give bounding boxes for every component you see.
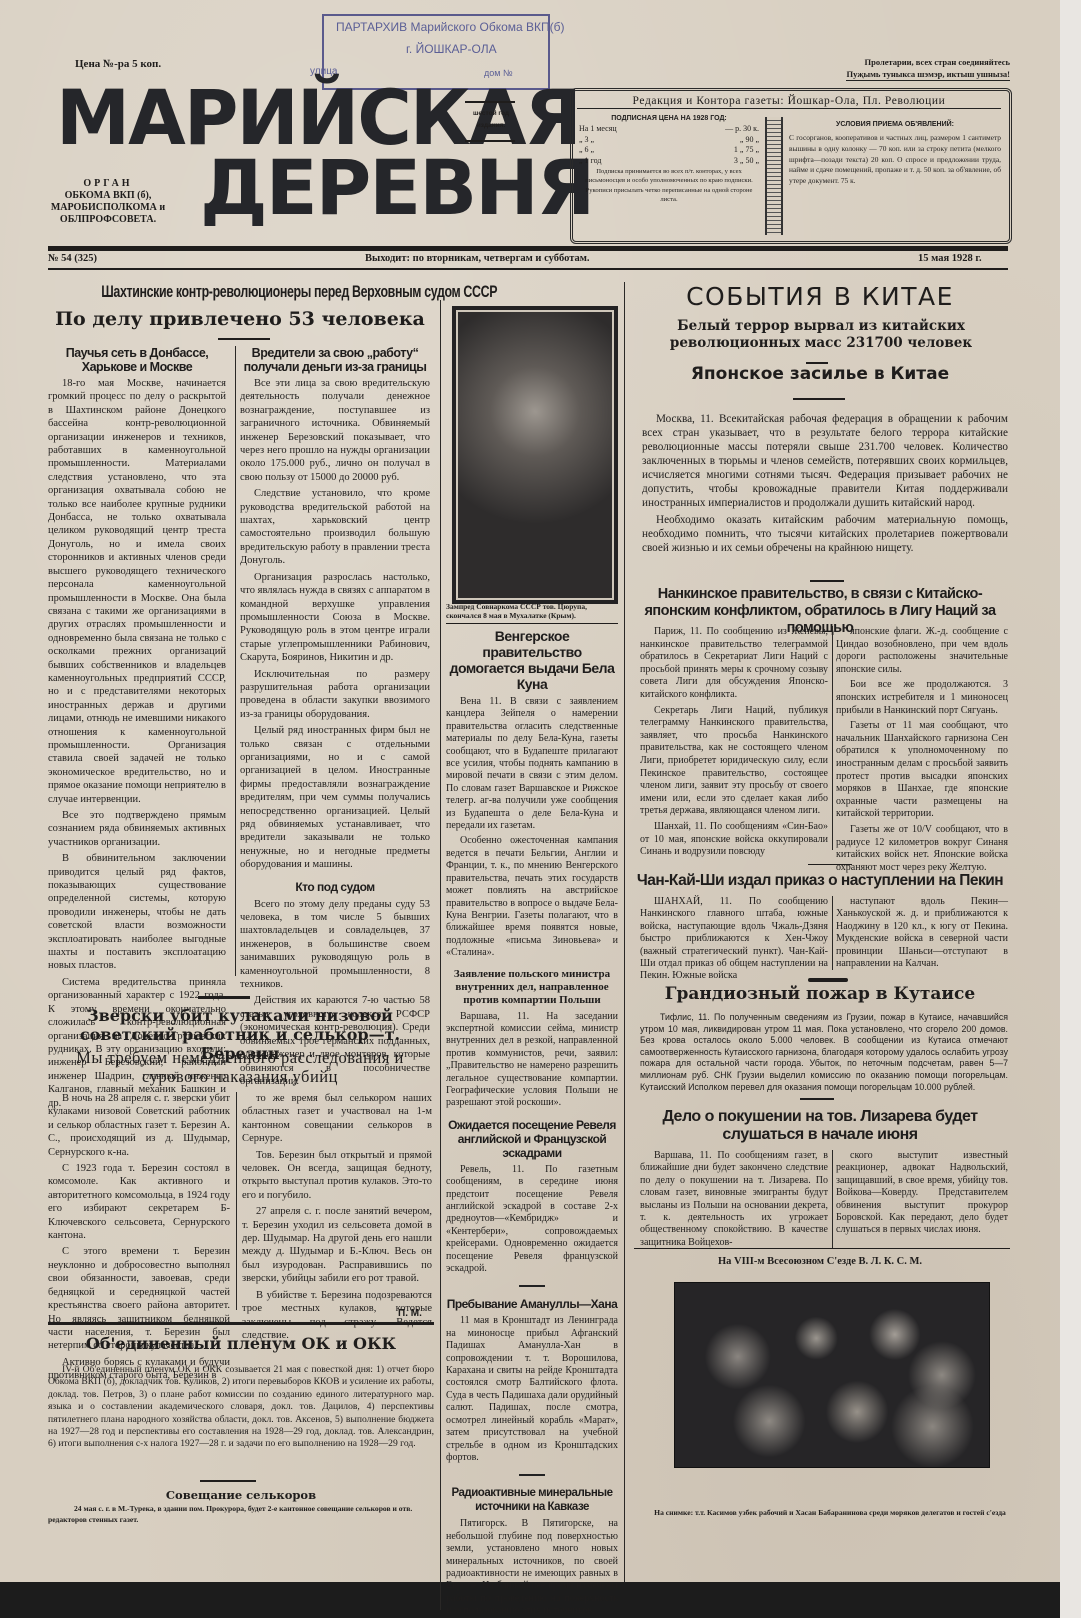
column-divider (832, 626, 833, 850)
paragraph: Организация разрослась настолько, что яв… (240, 571, 430, 665)
article-title: Ожидается посещение Ревеля английской и … (446, 1118, 618, 1160)
article-body: 11 мая в Кронштадт из Ленинграда на мино… (446, 1315, 618, 1464)
divider (519, 1285, 545, 1287)
paragraph: Всего по этому делу преданы суду 53 чело… (240, 898, 430, 992)
period: „ 6 „ (579, 145, 594, 156)
article-body: Все эти лица за свою вредительскую деяте… (240, 377, 430, 872)
chiang-column-1: ШАНХАЙ, 11. По сообщению Нанкинского гла… (640, 896, 828, 986)
china-headline: СОБЫТИЯ В КИТАЕ (630, 282, 1010, 311)
berezin-subhead: Мы требуем немедленного расследования и … (48, 1048, 432, 1086)
paragraph: В ночь на 28 апреля с. г. зверски убит к… (48, 1092, 230, 1159)
congress-headline: На VIII-м Всесоюзном С'езде В. Л. К. С. … (630, 1256, 1010, 1267)
price: — р. 30 к. (725, 124, 759, 135)
paragraph: Необходимо оказать китайским рабочим мат… (642, 513, 1008, 555)
ads-text: С госорганов, кооперативов и частных лиц… (789, 133, 1001, 187)
paragraph: наступают вдоль Пекин—Ханькоуской ж. д. … (836, 896, 1008, 970)
divider (48, 1322, 434, 1325)
divider (519, 1474, 545, 1476)
subscription-row: „ 3 „„ 90 „ (579, 135, 759, 146)
ads-block: УСЛОВИЯ ПРИЕМА ОБ'ЯВЛЕНИЙ: С госорганов,… (789, 121, 1001, 187)
article-title: Паучья сеть в Донбассе, Харькове и Москв… (48, 346, 226, 374)
page-edge (1060, 0, 1081, 1618)
shakhty-subhead: По делу привлечено 53 человека (50, 308, 430, 330)
nanking-column-1: Париж, 11. По сообщению из Женевы, нанки… (640, 626, 828, 862)
article-body: Варшава, 11. На заседании экспертной ком… (446, 1011, 618, 1110)
ornament-column (765, 117, 783, 235)
price-label: Цена №-ра 5 коп. (75, 58, 161, 70)
portrait-photo (452, 306, 618, 604)
divider (808, 978, 848, 982)
paragraph: 18-го мая Москве, начинается громкий про… (48, 377, 226, 806)
organ-line: ОБЛПРОФСОВЕТА. (44, 214, 172, 226)
hungary-article: Венгерское правительство домогается выда… (446, 628, 618, 1618)
paragraph: 11 мая в Кронштадт из Ленинграда на мино… (446, 1315, 618, 1464)
paragraph: Секретарь Лиги Наций, публикуя телеграмм… (640, 705, 828, 818)
subscription-row: На 1 месяц— р. 30 к. (579, 124, 759, 135)
year-note: шестой год издания. (463, 108, 519, 132)
chiang-headline: Чан-Кай-Ши издал приказ о наступлении на… (630, 872, 1010, 890)
delegates-caption: На снимке: т.т. Касимов узбек рабочий и … (630, 1508, 1030, 1518)
plenum-headline: Об'единенный пленум ОК и ОКК (48, 1334, 434, 1353)
paragraph: Бои все же продолжаются. 3 японских истр… (836, 679, 1008, 717)
subscription-note: Подписка принимается во всех п/т. контор… (579, 167, 759, 205)
price: „ 90 „ (740, 135, 759, 146)
divider (465, 101, 515, 103)
stamp-line-2: г. ЙОШКАР-ОЛА (406, 42, 497, 56)
column-divider (235, 346, 236, 976)
paragraph: Исключительная по размеру разрушительная… (240, 668, 430, 722)
article-body: Пятигорск. В Пятигорске, на небольшой гл… (446, 1518, 618, 1617)
issue-date: 15 мая 1928 г. (918, 253, 982, 264)
lizarev-headline: Дело о покушении на тов. Лизарева будет … (630, 1108, 1010, 1144)
column-divider (236, 1092, 237, 1310)
china-subhead-2: Японское засилье в Китае (630, 364, 1010, 384)
price: 1 „ 75 „ (734, 145, 759, 156)
paragraph: Ревель, 11. По газетным сообщениям, в се… (446, 1164, 618, 1276)
article-title: Радиоактивные минеральные источники на К… (446, 1486, 618, 1514)
organ-line: МАРОБИСПОЛКОМА и (44, 202, 172, 214)
office-address: Редакция и Контора газеты: Йошкар-Ола, П… (577, 95, 1001, 109)
paragraph: ского выступит известный реакционер, адв… (836, 1150, 1008, 1237)
selkor-meeting-body: 24 мая с. г. в М.-Турека, в здании пом. … (48, 1504, 434, 1525)
paragraph: Особенно ожесточенная кампания ведется в… (446, 835, 618, 959)
lizarev-column-1: Варшава, 11. По сообщениям газет, в ближ… (640, 1150, 828, 1252)
paragraph: Все эти лица за свою вредительскую деяте… (240, 377, 430, 484)
subscription-row: „ 1 год3 „ 50 „ (579, 156, 759, 167)
divider (218, 338, 270, 340)
paragraph: Тов. Березин был открытый и прямой челов… (242, 1149, 432, 1203)
kutais-headline: Грандиозный пожар в Кутаисе (630, 984, 1010, 1004)
shakhty-column-2: Вредители за свою „работу“ получали день… (240, 346, 430, 1091)
paragraph: то же время был селькором наших областны… (242, 1092, 432, 1146)
nanking-column-2: японские флаги. Ж.-д. сообщение с Циндао… (836, 626, 1008, 877)
slogan: Пролетарии, всех стран соединяйтесь Пуҗы… (760, 56, 1010, 81)
divider (48, 268, 1008, 270)
china-body: Москва, 11. Всекитайская рабочая федерац… (642, 412, 1008, 558)
kutais-body: Тифлис, 11. По полученным сведениям из Г… (640, 1012, 1008, 1093)
stamp-line-1: ПАРТАРХИВ Марийского Обкома ВКП(б) (336, 20, 565, 34)
paragraph: В обвинительном заключении приводится це… (48, 852, 226, 973)
article-title: Заявление польского министра внутренних … (446, 968, 618, 1007)
paragraph: Газеты от 11 мая сообщают, что начальник… (836, 720, 1008, 821)
chiang-column-2: наступают вдоль Пекин—Ханькоуской ж. д. … (836, 896, 1008, 973)
photo-caption: Зампред Совнаркома СССР тов. Цюрупа, ско… (446, 602, 618, 620)
divider (446, 623, 618, 624)
paragraph: Варшава, 11. На заседании экспертной ком… (446, 1011, 618, 1110)
organ-block: ОРГАН ОБКОМА ВКП (б), МАРОБИСПОЛКОМА и О… (44, 178, 172, 226)
delegates-photo (674, 1282, 990, 1468)
plenum-body: IV-й Об'единенный пленум ОК и ОКК созыва… (48, 1364, 434, 1451)
ads-title: УСЛОВИЯ ПРИЕМА ОБ'ЯВЛЕНИЙ: (789, 121, 1001, 128)
period: „ 3 „ (579, 135, 594, 146)
paragraph: ШАНХАЙ, 11. По сообщению Нанкинского гла… (640, 896, 828, 983)
publication-schedule: Выходит: по вторникам, четвергам и суббо… (365, 253, 590, 264)
column-divider (440, 300, 441, 1610)
divider (808, 864, 852, 865)
slogan-mari: Пуҗымь туныкса шэмэр, иктыш ушныза! (846, 68, 1010, 81)
paragraph: Париж, 11. По сообщению из Женевы, нанки… (640, 626, 828, 702)
china-subhead: Белый террор вырвал из китайских революц… (646, 318, 996, 352)
divider (198, 996, 250, 999)
article-body: Ревель, 11. По газетным сообщениям, в се… (446, 1164, 618, 1276)
info-box: Редакция и Контора газеты: Йошкар-Ола, П… (570, 88, 1012, 244)
issue-number: № 54 (325) (48, 253, 97, 264)
article-title: Пребывание Амануллы—Хана (446, 1297, 618, 1311)
article-body: Вена 11. В связи с заявлением канцлера З… (446, 696, 618, 960)
signature: П. М. (398, 1308, 422, 1319)
masthead-title-line-2: ДЕРЕВНЯ (200, 148, 593, 228)
subscription-row: „ 6 „1 „ 75 „ (579, 145, 759, 156)
who-title: Кто под судом (240, 880, 430, 894)
divider (810, 580, 844, 582)
subscription-table: На 1 месяц— р. 30 к. „ 3 „„ 90 „ „ 6 „1 … (579, 124, 759, 166)
column-divider (624, 282, 625, 1582)
paragraph: С 1923 года т. Березин состоял в комсомо… (48, 1162, 230, 1242)
lizarev-column-2: ского выступит известный реакционер, адв… (836, 1150, 1008, 1240)
paragraph: Следствие установило, что кроме руководс… (240, 487, 430, 567)
organ-line: ОРГАН (44, 178, 172, 190)
paragraph: Пятигорск. В Пятигорске, на небольшой гл… (446, 1518, 618, 1617)
divider (634, 1248, 1010, 1249)
column-divider (832, 896, 833, 970)
selkor-meeting-headline: Совещание селькоров (48, 1488, 434, 1502)
divider (465, 140, 515, 142)
organ-line: ОБКОМА ВКП (б), (44, 190, 172, 202)
subscription-title: ПОДПИСНАЯ ЦЕНА НА 1928 ГОД: (579, 115, 759, 122)
divider (800, 1098, 834, 1100)
paragraph: японские флаги. Ж.-д. сообщение с Циндао… (836, 626, 1008, 676)
paragraph: Все это подтверждено прямым сознанием ря… (48, 809, 226, 849)
paragraph: Газеты же от 10/V сообщают, что в радиус… (836, 824, 1008, 874)
shakhty-headline: Шахтинские контр-революционеры перед Вер… (101, 282, 378, 302)
slogan-russian: Пролетарии, всех стран соединяйтесь (760, 56, 1010, 68)
paragraph: Вена 11. В связи с заявлением канцлера З… (446, 696, 618, 832)
article-title: Вредители за свою „работу“ получали день… (240, 346, 430, 374)
subscription-block: ПОДПИСНАЯ ЦЕНА НА 1928 ГОД: На 1 месяц— … (579, 115, 759, 205)
paragraph: Москва, 11. Всекитайская рабочая федерац… (642, 412, 1008, 510)
period: „ 1 год (579, 156, 601, 167)
article-body: 18-го мая Москве, начинается громкий про… (48, 377, 226, 1110)
divider (793, 398, 845, 400)
period: На 1 месяц (579, 124, 617, 135)
divider (200, 1480, 256, 1482)
column-divider (832, 1150, 833, 1248)
masthead-rule (48, 246, 1008, 251)
article-title: Венгерское правительство домогается выда… (446, 628, 618, 692)
paragraph: Варшава, 11. По сообщениям газет, в ближ… (640, 1150, 828, 1249)
paragraph: Целый ряд иностранных фирм был не только… (240, 724, 430, 871)
paragraph: 27 апреля с. г. после занятий вечером, т… (242, 1205, 432, 1285)
paragraph: Шанхай, 11. По сообщениям «Син-Бао» от 1… (640, 821, 828, 859)
price: 3 „ 50 „ (734, 156, 759, 167)
